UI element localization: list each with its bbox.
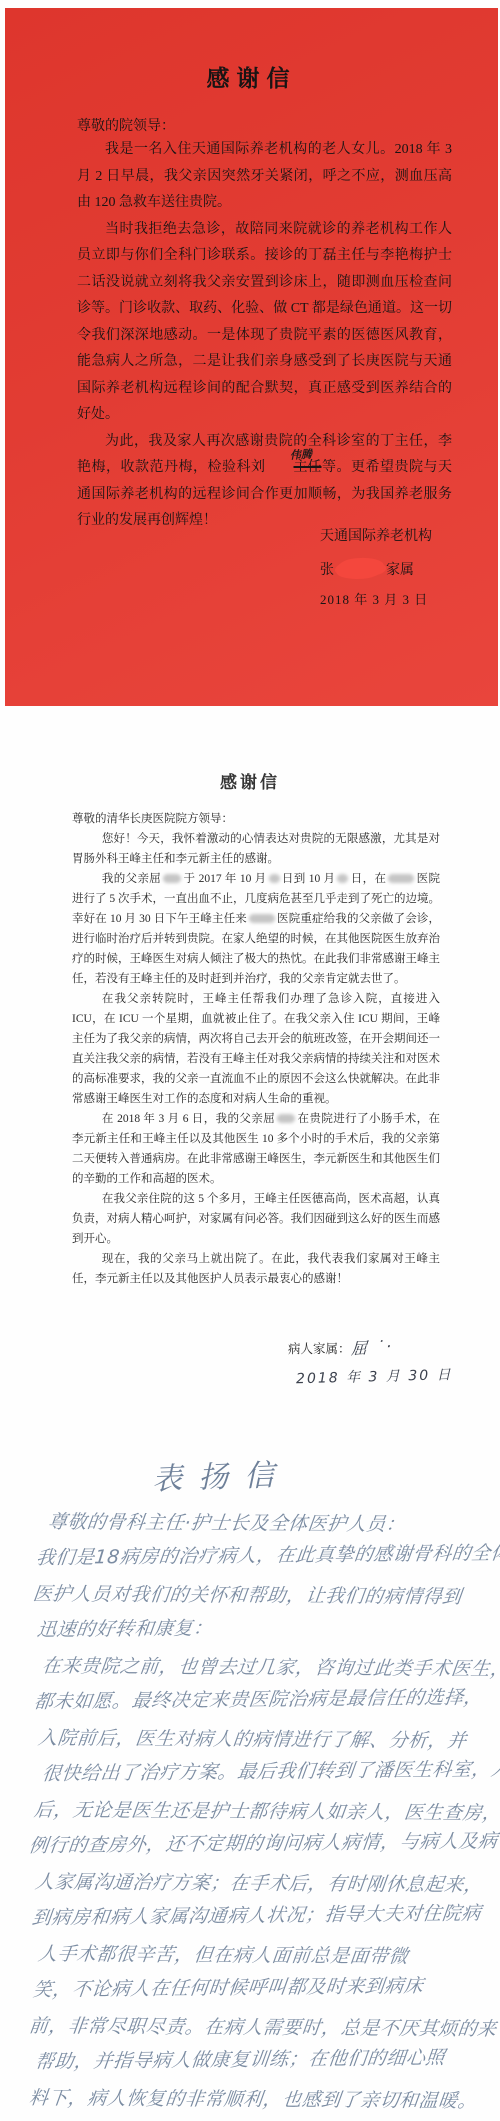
- letter-typed-thank-you: 感谢信 尊敬的清华长庚医院院方领导： 您好！今天，我怀着激动的心情表达对贵院的无…: [0, 768, 500, 1386]
- signer-suffix: 家属: [386, 563, 414, 578]
- signer-surname: 张: [320, 563, 334, 578]
- letter1-paragraph-1: 我是一名入住天通国际养老机构的老人女儿。2018 年 3 月 2 日早晨，我父亲…: [77, 137, 452, 217]
- letter1-organization: 天通国际养老机构: [320, 530, 432, 544]
- letter2-paragraph-3: 在我父亲转院时，王峰主任帮我们办理了急诊入院，直接进入 ICU，在 ICU 一个…: [72, 989, 440, 1109]
- letter3-line: 料下，病人恢复的非常顺利，也感到了亲切和温暖。: [27, 2080, 500, 2119]
- letter1-date: 2018 年 3 月 3 日: [320, 593, 432, 606]
- letter2-title: 感谢信: [0, 768, 500, 793]
- letter2-paragraph-2: 我的父亲屈于 2017 年 10 月日到 10 月日，在医院进行了 5 次手术，…: [72, 869, 440, 989]
- letter-red-thank-you: 感谢信 尊敬的院领导： 我是一名入住天通国际养老机构的老人女儿。2018 年 3…: [5, 8, 498, 706]
- letter3-body: 尊敬的骨科主任·护士长及全体医护人员： 我们是18病房的治疗病人，在此真挚的感谢…: [0, 1504, 500, 2116]
- redacted-hospital-smudge: [388, 874, 414, 883]
- letter2-paragraph-1: 您好！今天，我怀着激动的心情表达对贵院的无限感激，尤其是对胃肠外科王峰主任和李元…: [72, 829, 440, 869]
- letter3-line: 笑，不论病人在任何时候呼叫都及时来到病床: [31, 1967, 500, 2008]
- letter3-line: 很快给出了治疗方案。最后我们转到了潘医生科室，入院: [40, 1751, 500, 1792]
- letter3-line: 迅速的好转和康复：: [35, 1607, 500, 1648]
- handwritten-correction-wrap: 伟腾主任: [266, 455, 322, 482]
- handwritten-correction-text: 伟腾: [261, 442, 312, 471]
- letter3-line: 帮助，并指导病人做康复训练；在他们的细心照: [33, 2039, 500, 2080]
- letter3-line: 到病房和病人家属沟通病人状况；指导大夫对住院病: [30, 1895, 500, 1936]
- letter2-p2-text: 日到 10 月: [282, 873, 336, 885]
- letter1-body: 尊敬的院领导： 我是一名入住天通国际养老机构的老人女儿。2018 年 3 月 2…: [5, 93, 498, 535]
- letter1-paragraph-3: 为此，我及家人再次感谢贵院的全科诊室的丁主任，李艳梅，收款范丹梅，检验科刘伟腾主…: [77, 429, 452, 535]
- letter2-p2-text: 我的父亲屈: [102, 873, 161, 885]
- letter2-salutation: 尊敬的清华长庚医院院方领导：: [72, 809, 440, 829]
- letter2-handwritten-signature: 屈 ˙·: [350, 1333, 393, 1359]
- letter1-title: 感谢信: [5, 8, 498, 93]
- redacted-hospital-smudge: [249, 914, 275, 923]
- letter3-line: 都未如愿。最终决定来贵医院治病是最信任的选择，: [32, 1679, 500, 1720]
- letter1-paragraph-2: 当时我拒绝去急诊，故陪同来院就诊的养老机构工作人员立即与你们全科门诊联系。接诊的…: [77, 217, 452, 429]
- letter2-p4-text: 在 2018 年 3 月 6 日，我的父亲屈: [102, 1113, 275, 1125]
- letter2-body: 尊敬的清华长庚医院院方领导： 您好！今天，我怀着激动的心情表达对贵院的无限感激，…: [72, 809, 440, 1289]
- letter1-signature-block: 天通国际养老机构 张家属 2018 年 3 月 3 日: [320, 530, 432, 620]
- letter2-signature-label: 病人家属：: [288, 1342, 351, 1356]
- letter1-salutation: 尊敬的院领导：: [77, 115, 452, 135]
- letter2-signature-block: 病人家属：屈 ˙·: [288, 1335, 500, 1358]
- redacted-date-smudge: [269, 874, 280, 883]
- letter-handwritten-commendation: 表扬信 尊敬的骨科主任·护士长及全体医护人员： 我们是18病房的治疗病人，在此真…: [0, 1442, 500, 2116]
- letter3-line: 我们是18病房的治疗病人，在此真挚的感谢骨科的全体: [34, 1535, 500, 1576]
- letter2-paragraph-5: 在我父亲住院的这 5 个多月，王峰主任医德高尚，医术高超，认真负责，对病人精心呵…: [72, 1189, 440, 1249]
- redacted-name-smudge: [163, 874, 181, 883]
- redacted-name-smudge: [277, 1114, 295, 1123]
- letter2-paragraph-4: 在 2018 年 3 月 6 日，我的父亲屈在贵院进行了小肠手术，在李元新主任和…: [72, 1109, 440, 1189]
- letter1-signer: 张家属: [320, 558, 432, 579]
- letter2-paragraph-6: 现在，我的父亲马上就出院了。在此，我代表我们家属对王峰主任，李元新主任以及其他医…: [72, 1249, 440, 1289]
- letter2-p2-text: 日，在: [350, 873, 386, 885]
- scanned-letters-page: 感谢信 尊敬的院领导： 我是一名入住天通国际养老机构的老人女儿。2018 年 3…: [0, 0, 500, 2121]
- letter2-p2-text: 于 2017 年 10 月: [183, 873, 266, 885]
- redacted-date-smudge: [337, 874, 348, 883]
- name-redaction-scribble: [335, 556, 384, 580]
- letter3-line: 例行的查房外，还不定期的询问病人病情，与病人及病: [27, 1823, 500, 1864]
- letter2-handwritten-date: 2018 年 3 月 30 日: [296, 1364, 466, 1388]
- letter3-title: 表扬信: [151, 1450, 290, 1499]
